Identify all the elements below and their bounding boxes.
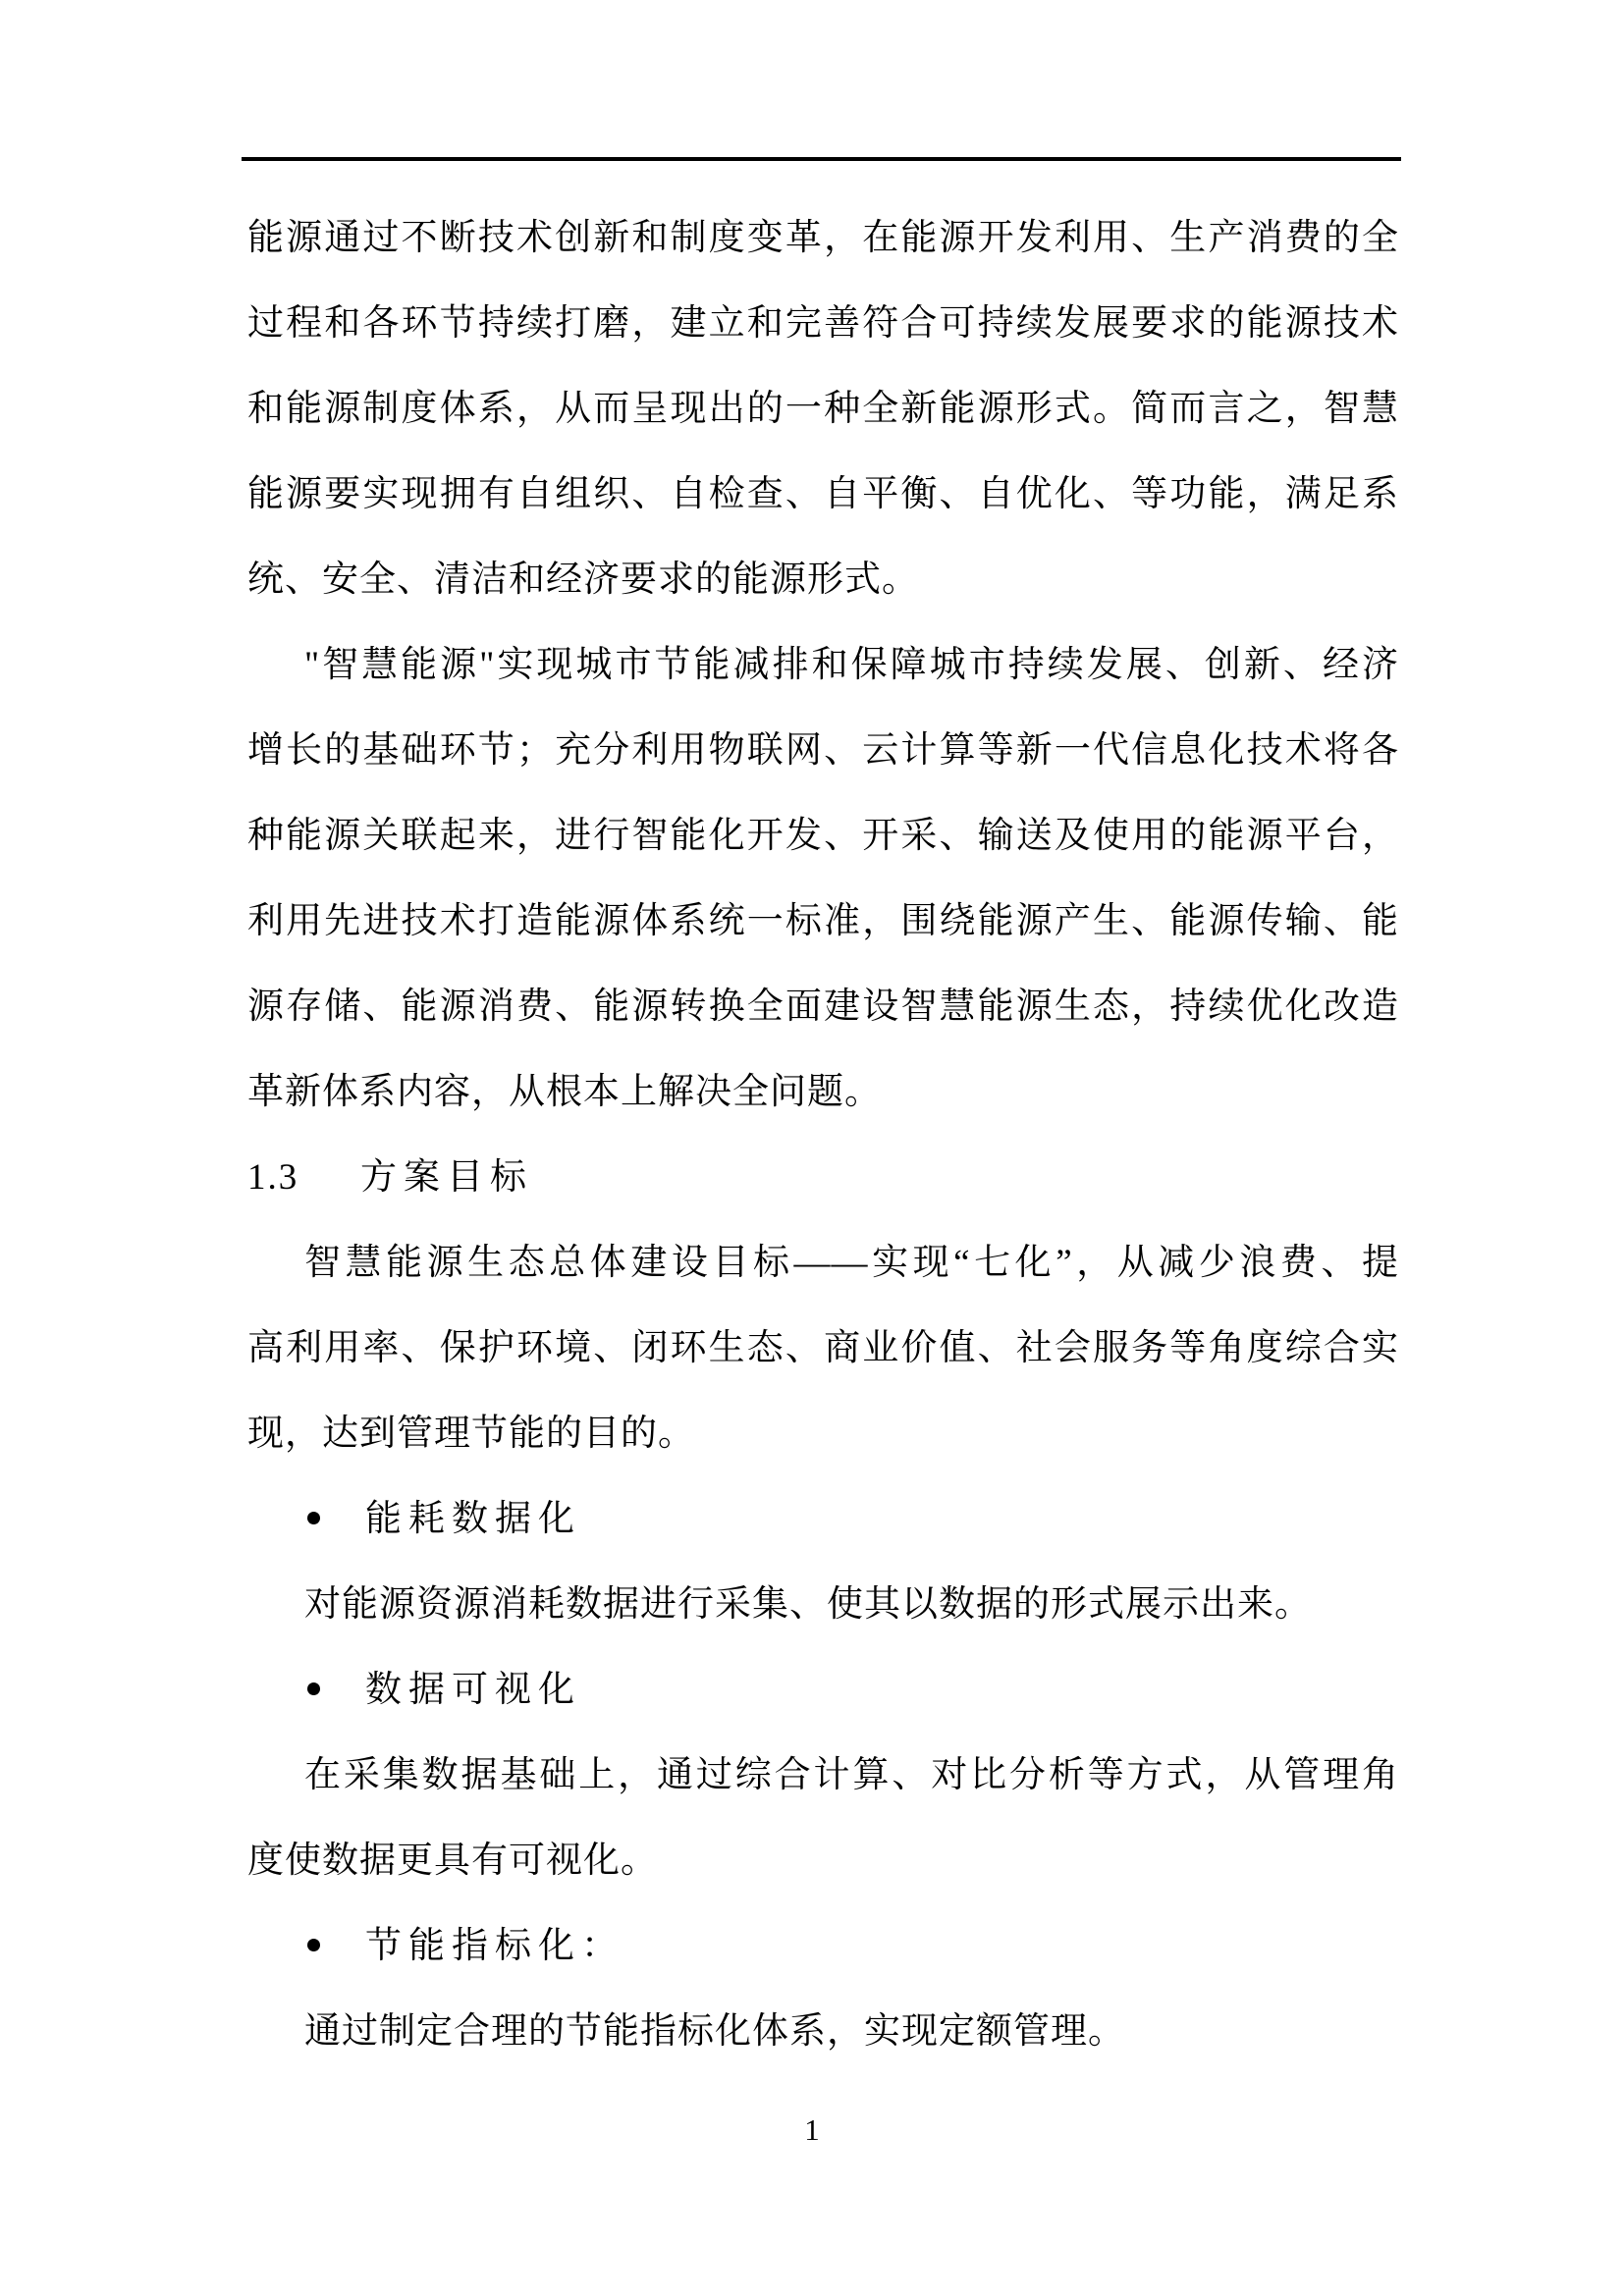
text-line: 高利用率、保护环境、闭环生态、商业价值、社会服务等角度综合实	[247, 1306, 1399, 1391]
bullet-label: 数据可视化	[365, 1670, 581, 1710]
bullet-label: 能耗数据化	[365, 1499, 581, 1539]
bullet-icon	[307, 1512, 320, 1524]
bullet-icon	[307, 1939, 320, 1951]
bullet-item: 能耗数据化	[247, 1476, 1399, 1562]
paragraph-first-line: 智慧能源生态总体建设目标——实现“七化”，从减少浪费、提	[247, 1220, 1399, 1306]
paragraph-first-line: 对能源资源消耗数据进行采集、使其以数据的形式展示出来。	[247, 1562, 1399, 1647]
section-number: 1.3	[247, 1135, 360, 1220]
paragraph-first-line: "智慧能源"实现城市节能减排和保障城市持续发展、创新、经济	[247, 622, 1399, 708]
text-line: 能源要实现拥有自组织、自检查、自平衡、自优化、等功能，满足系	[247, 452, 1399, 537]
document-page: 能源通过不断技术创新和制度变革，在能源开发利用、生产消费的全 过程和各环节持续打…	[0, 0, 1624, 2296]
text-line: 利用先进技术打造能源体系统一标准，围绕能源产生、能源传输、能	[247, 879, 1399, 964]
bullet-item: 节能指标化：	[247, 1903, 1399, 1989]
text-line: 和能源制度体系，从而呈现出的一种全新能源形式。简而言之，智慧	[247, 366, 1399, 452]
section-title: 方案目标	[360, 1157, 533, 1198]
paragraph-first-line: 在采集数据基础上，通过综合计算、对比分析等方式，从管理角	[247, 1733, 1399, 1818]
text-line: 能源通过不断技术创新和制度变革，在能源开发利用、生产消费的全	[247, 195, 1399, 281]
text-line: 度使数据更具有可视化。	[247, 1818, 1399, 1903]
section-heading: 1.3方案目标	[247, 1135, 1399, 1220]
header-rule	[242, 157, 1401, 161]
bullet-label: 节能指标化：	[365, 1926, 624, 1966]
text-line: 种能源关联起来，进行智能化开发、开采、输送及使用的能源平台，	[247, 793, 1399, 879]
text-line: 过程和各环节持续打磨，建立和完善符合可持续发展要求的能源技术	[247, 281, 1399, 366]
text-line: 增长的基础环节；充分利用物联网、云计算等新一代信息化技术将各	[247, 708, 1399, 793]
page-number: 1	[0, 2112, 1624, 2148]
text-line: 现，达到管理节能的目的。	[247, 1391, 1399, 1476]
bullet-icon	[307, 1682, 320, 1695]
document-body: 能源通过不断技术创新和制度变革，在能源开发利用、生产消费的全 过程和各环节持续打…	[247, 195, 1399, 2074]
text-line: 革新体系内容，从根本上解决全问题。	[247, 1049, 1399, 1135]
text-line: 源存储、能源消费、能源转换全面建设智慧能源生态，持续优化改造	[247, 964, 1399, 1049]
bullet-item: 数据可视化	[247, 1647, 1399, 1733]
paragraph-first-line: 通过制定合理的节能指标化体系，实现定额管理。	[247, 1989, 1399, 2074]
text-line: 统、安全、清洁和经济要求的能源形式。	[247, 537, 1399, 622]
